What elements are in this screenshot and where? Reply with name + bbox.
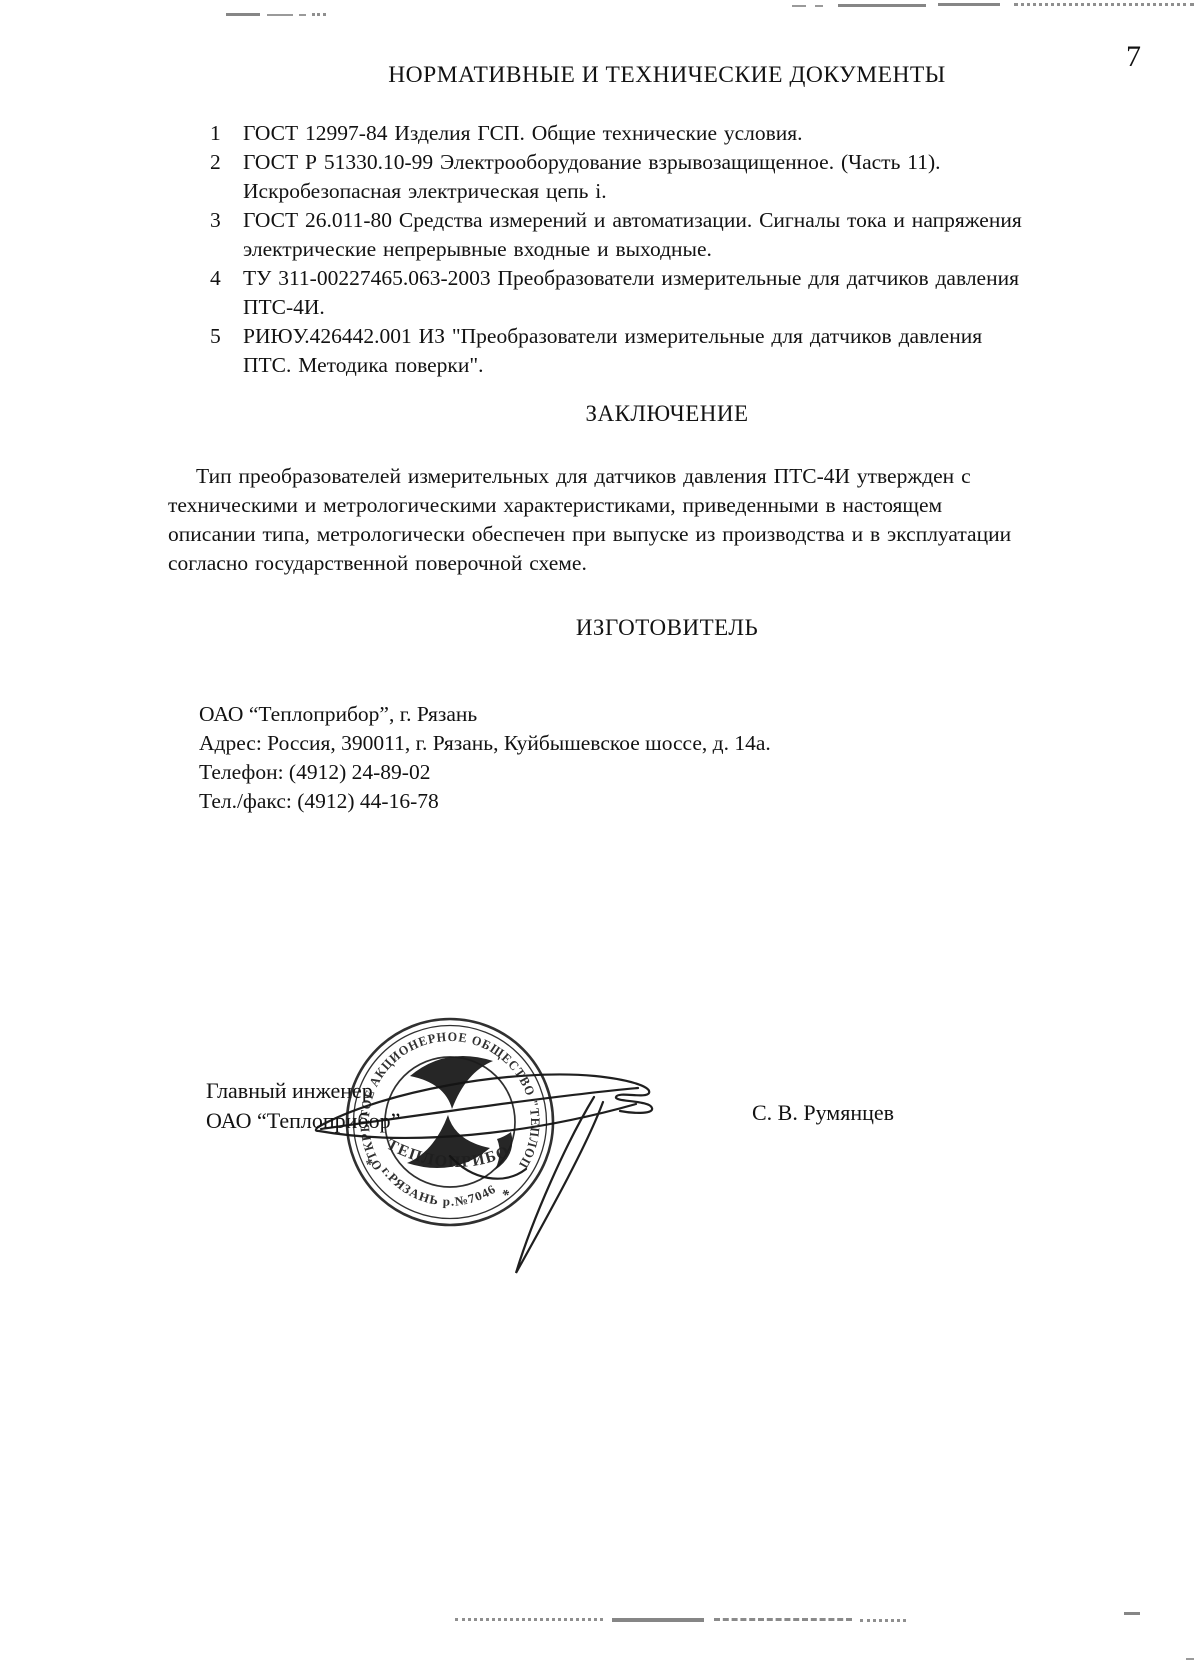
manufacturer-heading: ИЗГОТОВИТЕЛЬ <box>167 615 1167 641</box>
scan-artifact <box>1014 3 1194 6</box>
list-item: 3 ГОСТ 26.011-80 Средства измерений и ав… <box>210 206 1090 264</box>
conclusion-heading: ЗАКЛЮЧЕНИЕ <box>167 401 1167 427</box>
list-item-text: ГОСТ Р 51330.10-99 Электрооборудование в… <box>243 148 1078 206</box>
list-item-text: РИЮУ.426442.001 ИЗ "Преобразователи изме… <box>243 322 1078 380</box>
page-title: НОРМАТИВНЫЕ И ТЕХНИЧЕСКИЕ ДОКУМЕНТЫ <box>167 62 1167 89</box>
company-seal-icon: ОТКРЫТОЕ АКЦИОНЕРНОЕ ОБЩЕСТВО "ТЕПЛОПРИБ… <box>300 940 720 1360</box>
seal-asterisk-right: * <box>499 1187 512 1205</box>
list-item: 4 ТУ 311-00227465.063-2003 Преобразовате… <box>210 264 1090 322</box>
manufacturer-address-line: Адрес: Россия, 390011, г. Рязань, Куйбыш… <box>199 729 771 758</box>
list-item: 5 РИЮУ.426442.001 ИЗ "Преобразователи из… <box>210 322 1090 380</box>
scan-artifact <box>938 3 1000 6</box>
manufacturer-block: ОАО “Теплоприбор”, г. Рязань Адрес: Росс… <box>199 700 771 816</box>
list-item-number: 1 <box>210 119 243 148</box>
scan-artifact <box>312 13 326 16</box>
scan-artifact <box>455 1618 603 1621</box>
scan-artifact <box>792 5 806 7</box>
scan-artifact <box>267 14 293 16</box>
list-item-number: 3 <box>210 206 243 235</box>
scan-artifact <box>815 5 823 7</box>
signatory-name: С. В. Румянцев <box>752 1100 894 1126</box>
documents-list: 1 ГОСТ 12997-84 Изделия ГСП. Общие техни… <box>210 119 1090 380</box>
list-item-number: 2 <box>210 148 243 177</box>
list-item: 2 ГОСТ Р 51330.10-99 Электрооборудование… <box>210 148 1090 206</box>
list-item-number: 4 <box>210 264 243 293</box>
list-item-text: ГОСТ 12997-84 Изделия ГСП. Общие техниче… <box>243 119 1078 148</box>
scan-artifact <box>860 1619 906 1622</box>
document-page: 7 НОРМАТИВНЫЕ И ТЕХНИЧЕСКИЕ ДОКУМЕНТЫ 1 … <box>0 0 1201 1673</box>
scan-artifact <box>1186 1658 1194 1660</box>
scan-artifact <box>299 14 306 16</box>
list-item: 1 ГОСТ 12997-84 Изделия ГСП. Общие техни… <box>210 119 1090 148</box>
manufacturer-phone-line: Телефон: (4912) 24-89-02 <box>199 758 771 787</box>
scan-artifact <box>1124 1612 1140 1615</box>
manufacturer-fax-line: Тел./факс: (4912) 44-16-78 <box>199 787 771 816</box>
scan-artifact <box>838 4 926 7</box>
scan-artifact <box>226 13 260 16</box>
manufacturer-name-line: ОАО “Теплоприбор”, г. Рязань <box>199 700 771 729</box>
list-item-text: ТУ 311-00227465.063-2003 Преобразователи… <box>243 264 1078 322</box>
scan-artifact <box>714 1618 852 1621</box>
list-item-number: 5 <box>210 322 243 351</box>
conclusion-text: Тип преобразователей измерительных для д… <box>168 462 1158 578</box>
stamp-and-signature: ОТКРЫТОЕ АКЦИОНЕРНОЕ ОБЩЕСТВО "ТЕПЛОПРИБ… <box>300 940 720 1360</box>
list-item-text: ГОСТ 26.011-80 Средства измерений и авто… <box>243 206 1078 264</box>
scan-artifact <box>612 1618 704 1622</box>
